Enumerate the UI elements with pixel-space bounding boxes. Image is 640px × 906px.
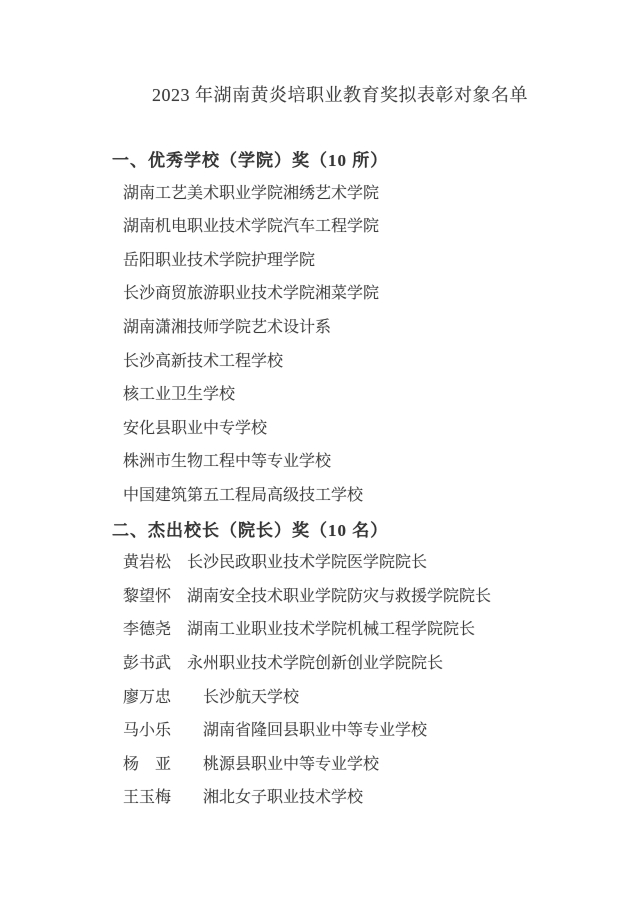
laureate-row: 彭书武永州职业技术学院创新创业学院院长 <box>112 654 592 688</box>
laureate-row: 李德尧湖南工业职业技术学院机械工程学院院长 <box>112 620 592 654</box>
school-item: 安化县职业中专学校 <box>112 419 592 453</box>
school-item: 岳阳职业技术学院护理学院 <box>112 251 592 285</box>
laureate-row: 王玉梅湘北女子职业技术学校 <box>112 788 592 822</box>
laureate-name: 廖万忠 <box>123 689 171 706</box>
laureate-name: 黄岩松 <box>123 554 171 571</box>
laureate-organization: 湖南省隆回县职业中等专业学校 <box>203 722 427 739</box>
laureate-organization: 长沙民政职业技术学院医学院院长 <box>187 554 427 571</box>
laureate-organization: 长沙航天学校 <box>203 689 299 706</box>
scanned-document-page: 2023 年湖南黄炎培职业教育奖拟表彰对象名单 一、优秀学校（学院）奖（10 所… <box>0 0 640 906</box>
document-title: 2023 年湖南黄炎培职业教育奖拟表彰对象名单 <box>20 84 640 106</box>
school-item: 湖南机电职业技术学院汽车工程学院 <box>112 217 592 251</box>
award-list: 一、优秀学校（学院）奖（10 所）湖南工艺美术职业学院湘绣艺术学院湖南机电职业技… <box>112 150 592 822</box>
laureate-organization: 桃源县职业中等专业学校 <box>203 756 379 773</box>
laureate-name: 马小乐 <box>123 722 171 739</box>
school-item: 湖南工艺美术职业学院湘绣艺术学院 <box>112 184 592 218</box>
laureate-organization: 永州职业技术学院创新创业学院院长 <box>187 655 443 672</box>
school-item: 长沙商贸旅游职业技术学院湘菜学院 <box>112 284 592 318</box>
school-item: 湖南潇湘技师学院艺术设计系 <box>112 318 592 352</box>
laureate-row: 杨 亚桃源县职业中等专业学校 <box>112 755 592 789</box>
laureate-name: 王玉梅 <box>123 789 171 806</box>
section-heading-2: 二、杰出校长（院长）奖（10 名） <box>112 520 592 554</box>
laureate-name: 杨 亚 <box>123 756 171 773</box>
laureate-organization: 湖南工业职业技术学院机械工程学院院长 <box>187 621 475 638</box>
laureate-row: 马小乐湖南省隆回县职业中等专业学校 <box>112 721 592 755</box>
school-item: 核工业卫生学校 <box>112 385 592 419</box>
section-heading-1: 一、优秀学校（学院）奖（10 所） <box>112 150 592 184</box>
laureate-name: 黎望怀 <box>123 588 171 605</box>
school-item: 中国建筑第五工程局高级技工学校 <box>112 486 592 520</box>
laureate-name: 彭书武 <box>123 655 171 672</box>
laureate-organization: 湖南安全技术职业学院防灾与救援学院院长 <box>187 588 491 605</box>
school-item: 株洲市生物工程中等专业学校 <box>112 452 592 486</box>
laureate-row: 黎望怀湖南安全技术职业学院防灾与救援学院院长 <box>112 587 592 621</box>
school-item: 长沙高新技术工程学校 <box>112 352 592 386</box>
laureate-row: 廖万忠长沙航天学校 <box>112 688 592 722</box>
laureate-organization: 湘北女子职业技术学校 <box>203 789 363 806</box>
laureate-name: 李德尧 <box>123 621 171 638</box>
laureate-row: 黄岩松长沙民政职业技术学院医学院院长 <box>112 553 592 587</box>
